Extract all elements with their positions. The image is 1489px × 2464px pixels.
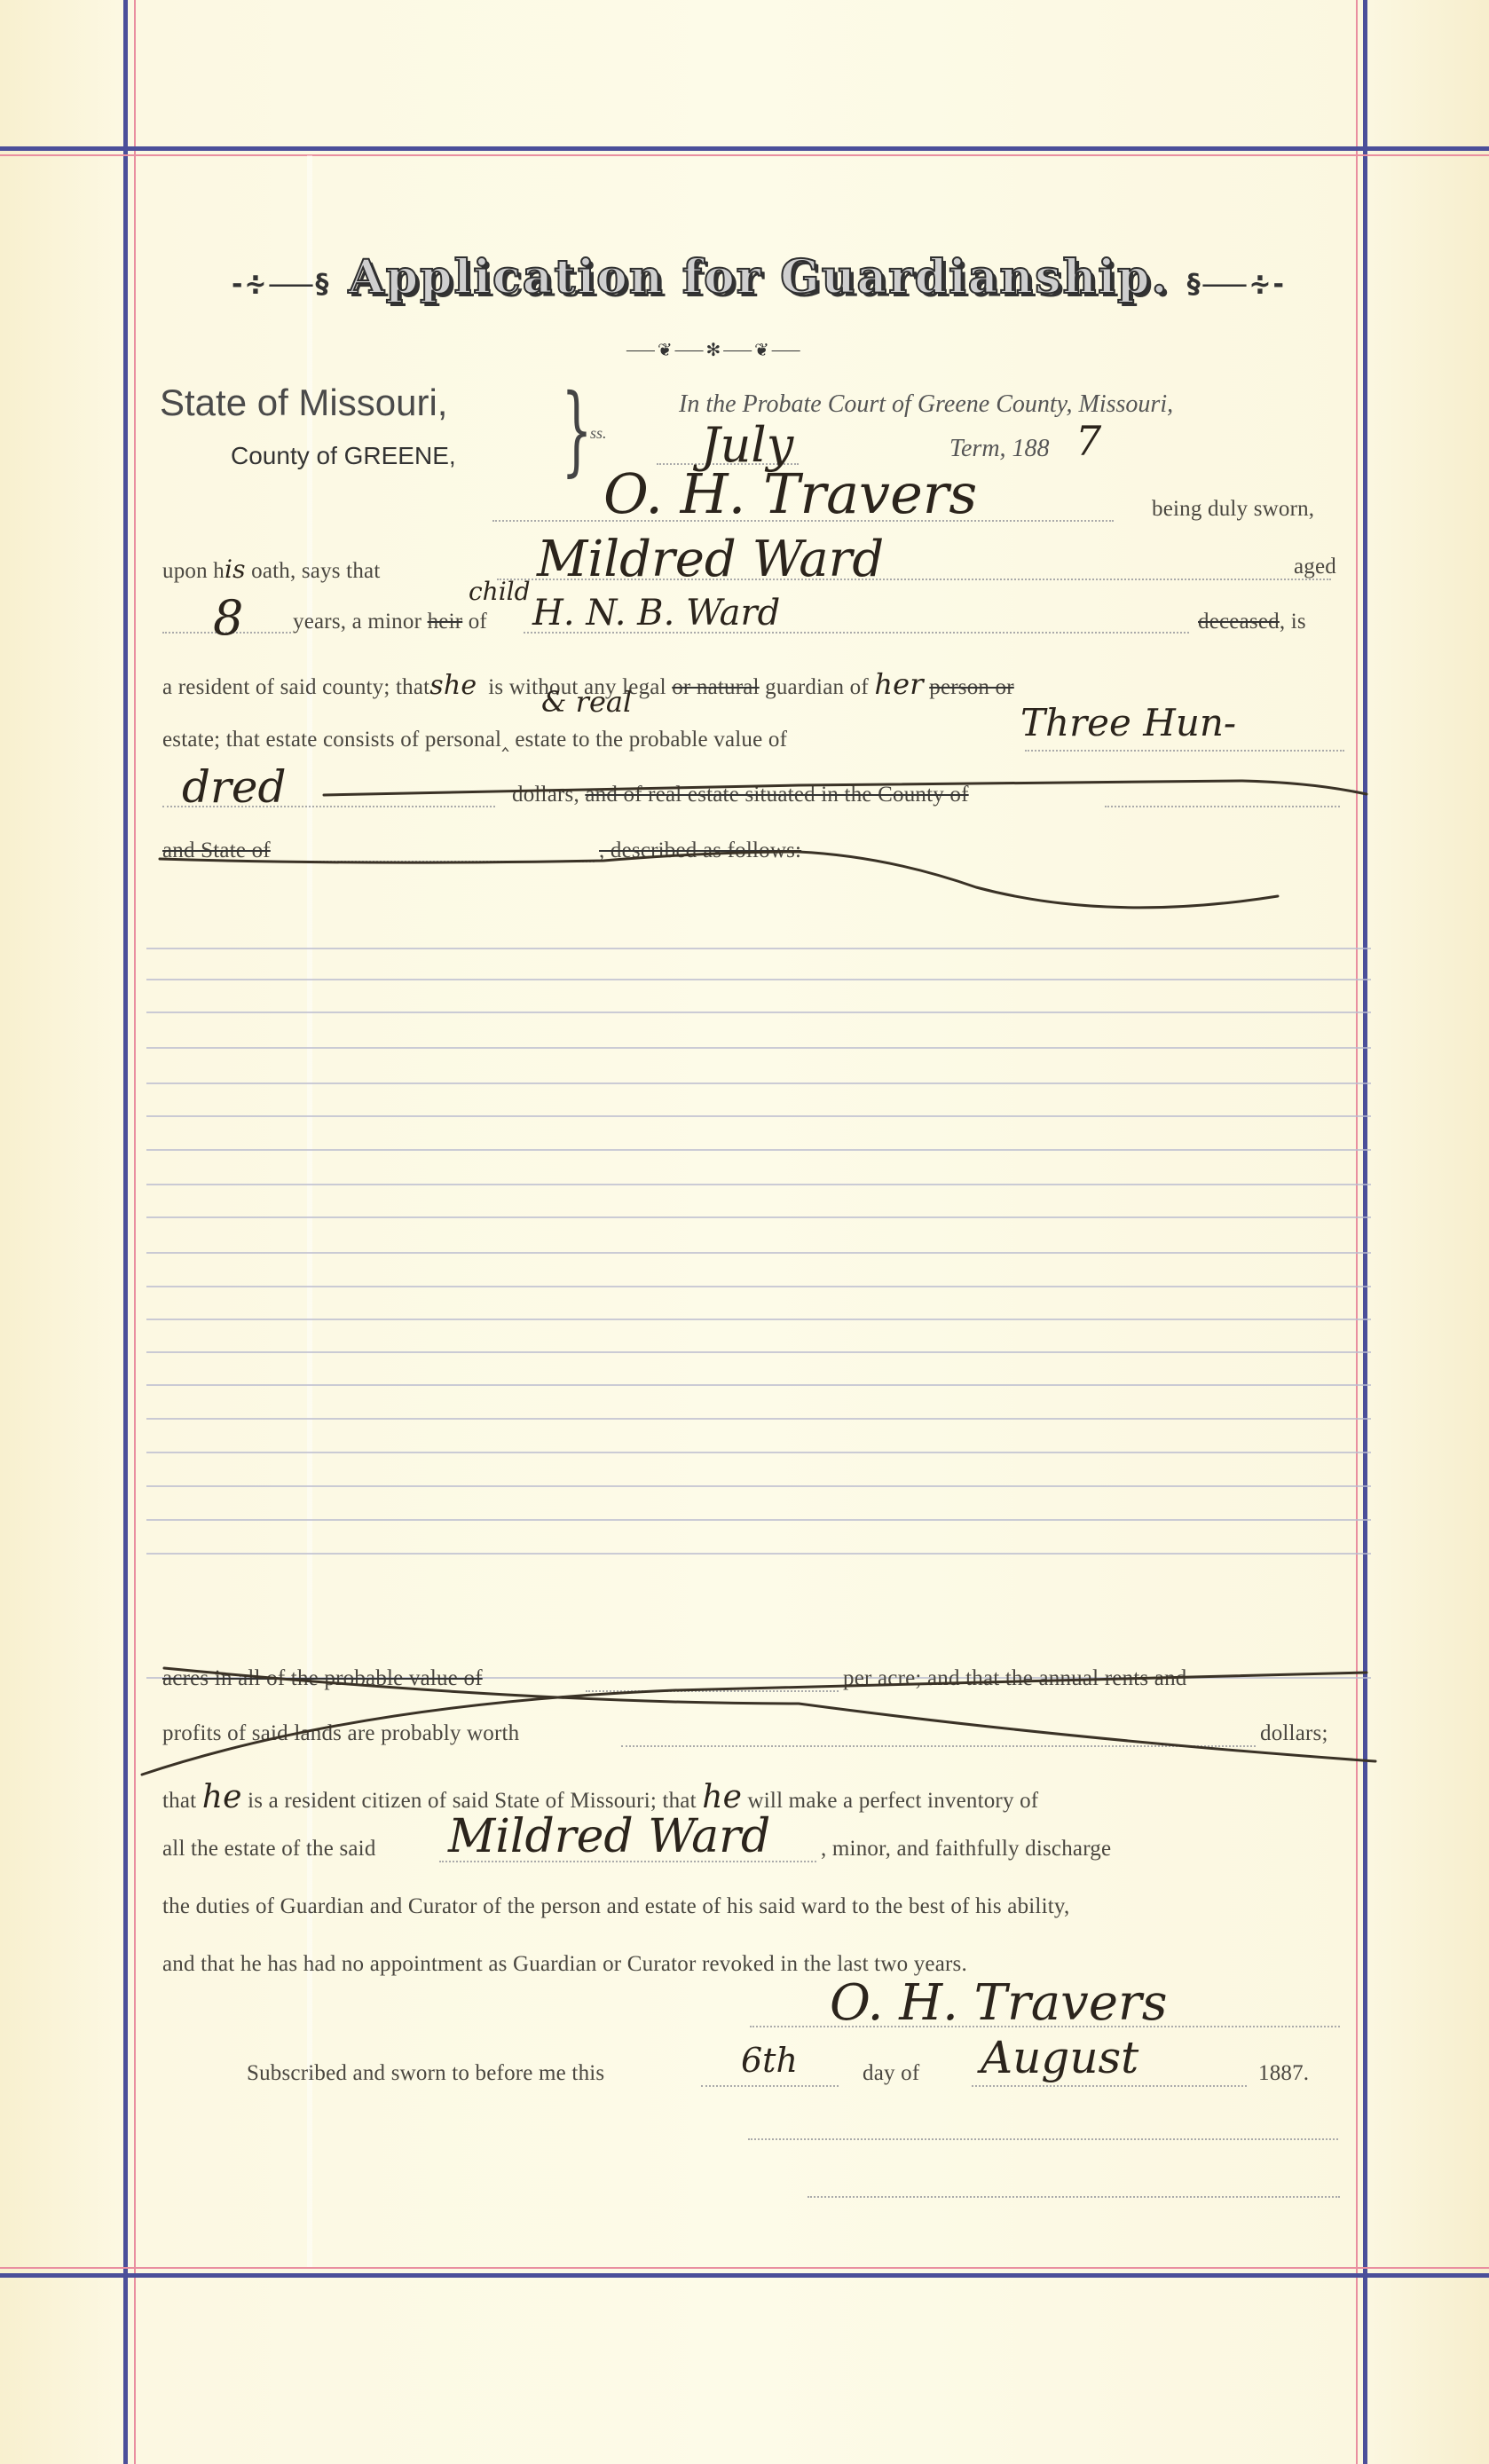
bottom-red-rule <box>0 2267 1489 2269</box>
age-handwritten: 8 <box>213 590 243 646</box>
day-of-label: day of <box>863 2061 919 2086</box>
parent-name-handwritten: H. N. B. Ward <box>532 593 780 634</box>
page-title: -∻⸺§ Application for Guardianship. §⸺∻- <box>169 250 1349 304</box>
right-margin-red-rule <box>1356 0 1358 2464</box>
county-label: County of GREENE, <box>231 442 456 470</box>
title-text: Application for Guardianship. <box>348 250 1169 304</box>
divider-ornament-icon: ⸺❦⸺✻⸺❦⸺ <box>626 335 803 361</box>
jurat-month-handwritten: August <box>981 2032 1138 2083</box>
value-handwritten-2: dred <box>182 761 287 813</box>
officer-title-line <box>808 2196 1340 2198</box>
left-margin-red-rule <box>134 0 136 2464</box>
value-handwritten-1: Three Hun- <box>1020 701 1236 744</box>
paper-fold <box>307 155 312 2267</box>
right-flourish-icon: §⸺∻- <box>1187 269 1286 300</box>
heir-struck: heir <box>428 610 463 634</box>
acres-line: acres in all of the probable value of <box>162 1666 483 1691</box>
described-struck: , described as follows: <box>599 838 801 863</box>
state-label: State of Missouri, <box>160 382 447 424</box>
pen-strike-marks <box>0 0 1489 2464</box>
applicant-name-handwritten: O. H. Travers <box>603 461 977 526</box>
ss-label: ss. <box>590 424 607 443</box>
profits-dollars: dollars; <box>1260 1721 1328 1746</box>
no-appointment-line: and that he has had no appointment as Gu… <box>162 1952 967 1977</box>
years-text: years, a minor heir of <box>293 610 487 634</box>
applicant-signature: O. H. Travers <box>830 1974 1167 2032</box>
minor-text: , minor, and faithfully discharge <box>821 1837 1111 1862</box>
officer-signature-line <box>748 2138 1338 2140</box>
court-label: In the Probate Court of Greene County, M… <box>679 390 1173 419</box>
left-margin-blue-rule <box>123 0 128 2464</box>
sworn-text: being duly sworn, <box>1152 497 1314 522</box>
oath-line: upon his oath, says that <box>162 555 380 584</box>
state-of-struck: and State of <box>162 838 271 863</box>
deceased-text: deceased, is <box>1198 610 1306 634</box>
bottom-blue-rule <box>0 2273 1489 2278</box>
aged-label: aged <box>1294 555 1336 579</box>
jurat-day-handwritten: 6th <box>741 2041 798 2080</box>
term-year-digit: 7 <box>1075 417 1101 465</box>
dollars-line: dollars, and of real estate situated in … <box>512 783 969 807</box>
duties-line: the duties of Guardian and Curator of th… <box>162 1894 1069 1919</box>
top-red-rule <box>0 154 1489 156</box>
real-insert-handwritten: & real <box>541 685 632 719</box>
ward-name-handwritten: Mildred Ward <box>537 531 884 588</box>
term-label: Term, 188 <box>949 435 1050 463</box>
ward-name-handwritten-2: Mildred Ward <box>448 1810 770 1863</box>
top-blue-rule <box>0 146 1489 151</box>
jurat-text: Subscribed and sworn to before me this <box>247 2061 604 2086</box>
child-insert-handwritten: child <box>469 577 531 606</box>
left-flourish-icon: -∻⸺§ <box>232 269 330 300</box>
right-margin-blue-rule <box>1363 0 1367 2464</box>
per-acre-line: per acre; and that the annual rents and <box>843 1666 1187 1691</box>
profits-line: profits of said lands are probably worth <box>162 1721 519 1746</box>
jurat-year: 1887. <box>1258 2061 1309 2086</box>
estate-line: estate; that estate consists of personal… <box>162 726 787 752</box>
estate-said-label: all the estate of the said <box>162 1837 376 1862</box>
brace-icon: } <box>562 373 593 486</box>
